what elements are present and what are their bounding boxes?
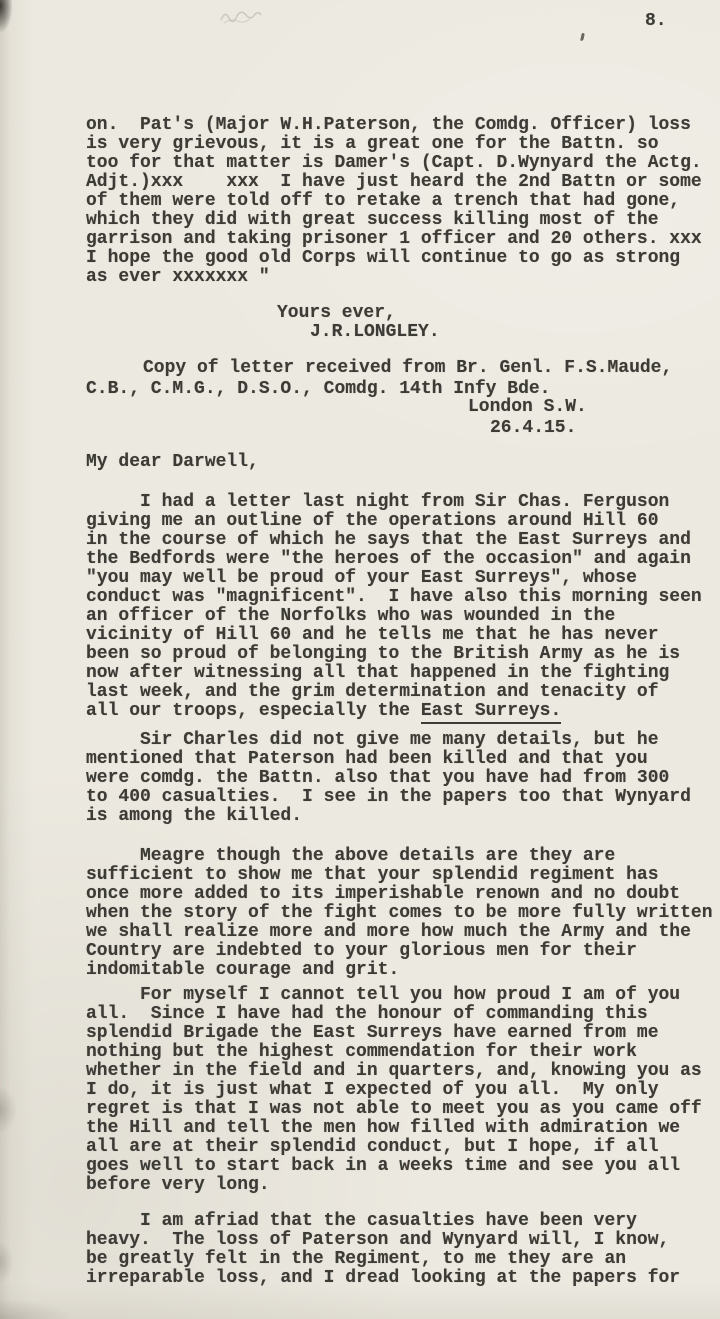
paragraph-text: I had a letter last night from Sir Chas.… bbox=[86, 492, 702, 721]
letter-page: 8. on. Pat's (Major W.H.Paterson, the Co… bbox=[0, 0, 720, 1319]
paragraph-hill60: I had a letter last night from Sir Chas.… bbox=[86, 493, 702, 721]
signature: J.R.LONGLEY. bbox=[310, 323, 440, 342]
copy-heading-date: 26.4.15. bbox=[490, 419, 576, 438]
paragraph-regiment-renown: Meagre though the above details are they… bbox=[86, 847, 713, 980]
salutation: My dear Darwell, bbox=[86, 453, 259, 472]
underlined-east-surreys: East Surreys. bbox=[421, 701, 561, 724]
bottom-edge-shadow bbox=[0, 1300, 70, 1319]
valediction: Yours ever, bbox=[277, 304, 396, 323]
corner-smudge bbox=[0, 0, 22, 48]
copy-heading-place: London S.W. bbox=[468, 398, 587, 417]
pencil-smudge bbox=[219, 6, 263, 28]
left-edge-stain bbox=[0, 1242, 13, 1282]
copy-heading-line1: Copy of letter received from Br. Genl. F… bbox=[143, 359, 672, 378]
stray-ink-mark bbox=[580, 33, 585, 41]
paragraph-personal-pride: For myself I cannot tell you how proud I… bbox=[86, 986, 702, 1195]
page-number: 8. bbox=[645, 12, 667, 31]
left-edge-stain bbox=[0, 1088, 16, 1132]
quoted-letter-continuation: on. Pat's (Major W.H.Paterson, the Comdg… bbox=[86, 116, 702, 287]
paragraph-heavy-losses: I am afriad that the casualties have bee… bbox=[86, 1212, 680, 1288]
paragraph-casualty-news: Sir Charles did not give me many details… bbox=[86, 731, 691, 826]
